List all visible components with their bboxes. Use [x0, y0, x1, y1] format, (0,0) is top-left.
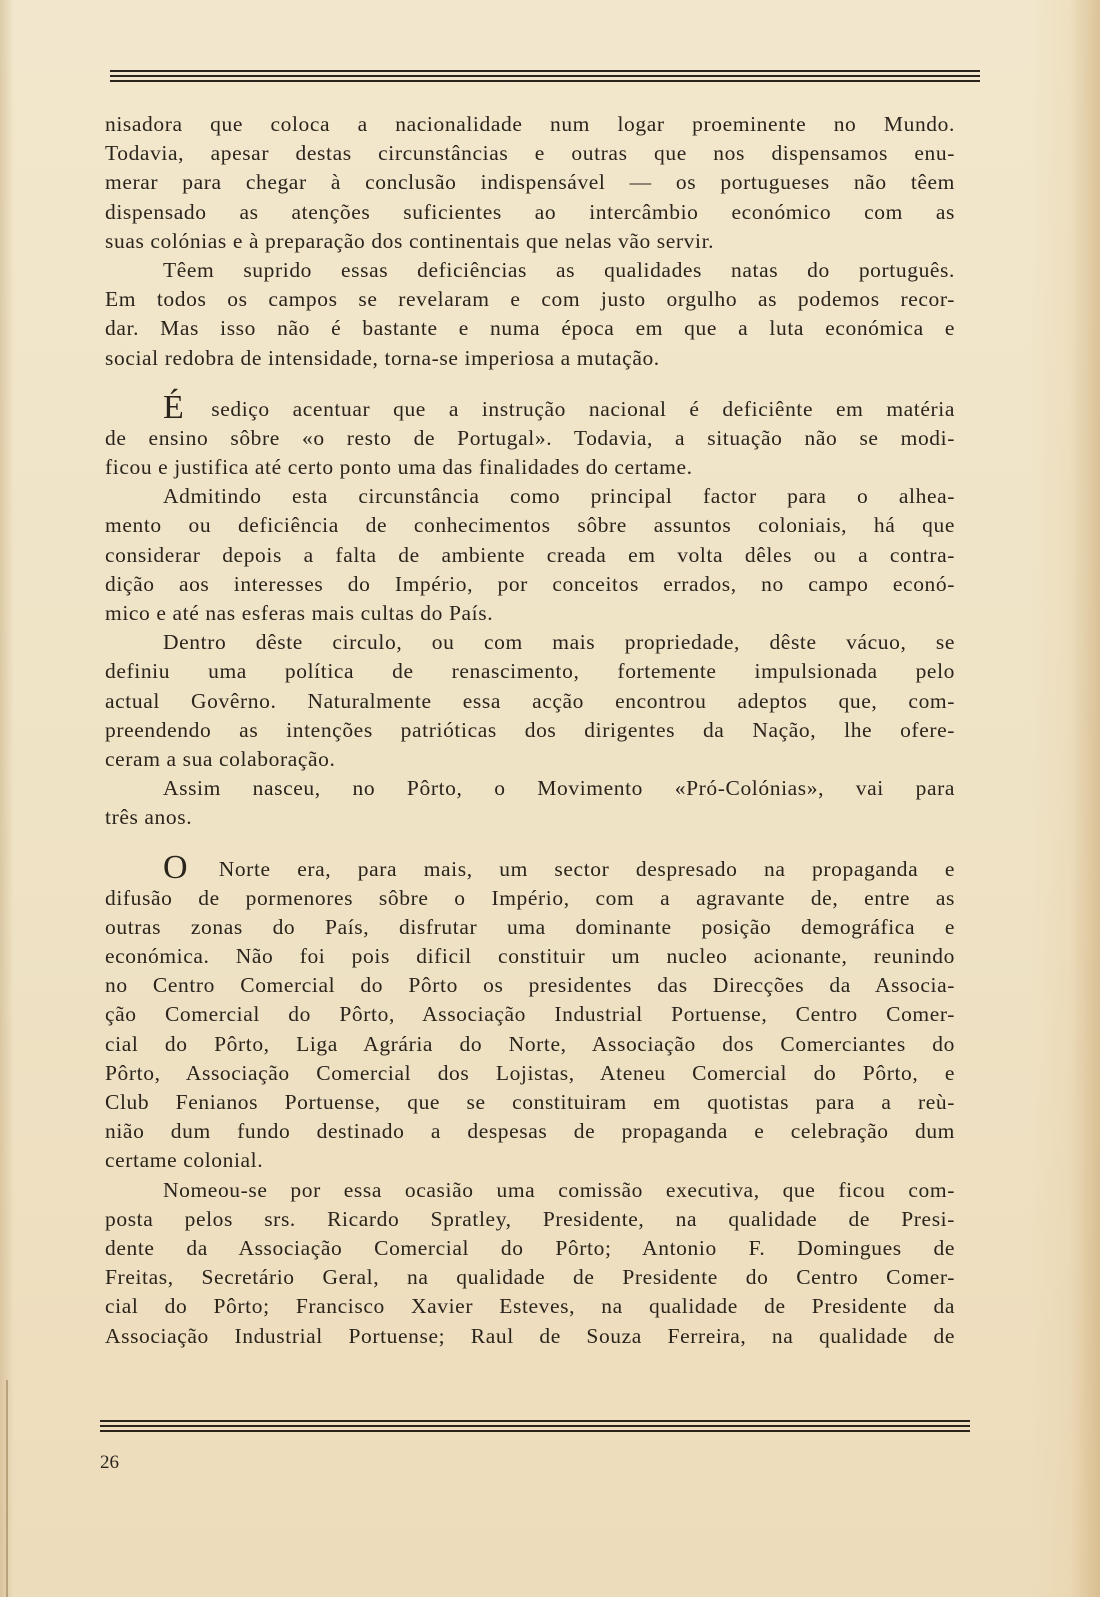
- text-line: nisadora que coloca a nacionalidade num …: [105, 110, 955, 139]
- section-gap: [105, 373, 955, 395]
- text-line: Em todos os campos se revelaram e com ju…: [105, 285, 955, 314]
- text-line: definiu uma política de renascimento, fo…: [105, 657, 955, 686]
- text-line: Club Fenianos Portuense, que se constitu…: [105, 1088, 955, 1117]
- paragraph-continues: Nomeou-se por essa ocasião uma comissão …: [105, 1176, 955, 1351]
- text-line: É sediço acentuar que a instrução nacion…: [105, 395, 955, 424]
- text-run: Norte era, para mais, um sector despresa…: [219, 857, 955, 881]
- text-line: actual Govêrno. Naturalmente essa acção …: [105, 687, 955, 716]
- text-line: ceram a sua colaboração.: [105, 745, 955, 774]
- text-line: social redobra de intensidade, torna-se …: [105, 344, 955, 373]
- text-line: Têem suprido essas deficiências as quali…: [105, 256, 955, 285]
- section-gap: [105, 833, 955, 855]
- paragraph: Dentro dêste circulo, ou com mais propri…: [105, 628, 955, 774]
- text-line: Nomeou-se por essa ocasião uma comissão …: [105, 1176, 955, 1205]
- initial-letter: O: [163, 849, 188, 886]
- text-line: cial do Pôrto; Francisco Xavier Esteves,…: [105, 1292, 955, 1321]
- text-line: dente da Associação Comercial do Pôrto; …: [105, 1234, 955, 1263]
- paragraph: Têem suprido essas deficiências as quali…: [105, 256, 955, 373]
- paragraph: Assim nasceu, no Pôrto, o Movimento «Pró…: [105, 774, 955, 832]
- paragraph: Admitindo esta circunstância como princi…: [105, 482, 955, 628]
- initial-letter: É: [163, 389, 184, 426]
- text-line: mento ou deficiência de conhecimentos sô…: [105, 511, 955, 540]
- text-line: Pôrto, Associação Comercial dos Lojistas…: [105, 1059, 955, 1088]
- text-line: Assim nasceu, no Pôrto, o Movimento «Pró…: [105, 774, 955, 803]
- text-line: no Centro Comercial do Pôrto os presiden…: [105, 971, 955, 1000]
- paragraph-section-start: É sediço acentuar que a instrução nacion…: [105, 395, 955, 483]
- text-line: Associação Industrial Portuense; Raul de…: [105, 1322, 955, 1351]
- text-line: outras zonas do País, disfrutar uma domi…: [105, 913, 955, 942]
- text-line: Dentro dêste circulo, ou com mais propri…: [105, 628, 955, 657]
- body-text: nisadora que coloca a nacionalidade num …: [105, 110, 955, 1351]
- text-line: nião dum fundo destinado a despesas de p…: [105, 1117, 955, 1146]
- text-run: sediço acentuar que a instrução nacional…: [211, 397, 955, 421]
- text-line: económica. Não foi pois dificil constitu…: [105, 942, 955, 971]
- text-line: ção Comercial do Pôrto, Associação Indus…: [105, 1000, 955, 1029]
- text-line: ficou e justifica até certo ponto uma da…: [105, 453, 955, 482]
- text-line: preendendo as intenções patrióticas dos …: [105, 716, 955, 745]
- bottom-ornamental-rule: [100, 1420, 970, 1434]
- page-edge-shadow: [6, 1380, 8, 1597]
- text-line: posta pelos srs. Ricardo Spratley, Presi…: [105, 1205, 955, 1234]
- text-line: difusão de pormenores sôbre o Império, c…: [105, 884, 955, 913]
- text-line: dispensado as atenções suficientes ao in…: [105, 198, 955, 227]
- text-line: O Norte era, para mais, um sector despre…: [105, 855, 955, 884]
- text-line: três anos.: [105, 803, 955, 832]
- text-line: dar. Mas isso não é bastante e numa époc…: [105, 314, 955, 343]
- text-line: Freitas, Secretário Geral, na qualidade …: [105, 1263, 955, 1292]
- top-ornamental-rule: [110, 70, 980, 84]
- text-line: de ensino sôbre «o resto de Portugal». T…: [105, 424, 955, 453]
- text-line: mico e até nas esferas mais cultas do Pa…: [105, 599, 955, 628]
- text-line: merar para chegar à conclusão indispensá…: [105, 168, 955, 197]
- paragraph-continued: nisadora que coloca a nacionalidade num …: [105, 110, 955, 256]
- text-line: cial do Pôrto, Liga Agrária do Norte, As…: [105, 1030, 955, 1059]
- page-number: 26: [100, 1452, 119, 1474]
- text-line: certame colonial.: [105, 1146, 955, 1175]
- paragraph-section-start: O Norte era, para mais, um sector despre…: [105, 855, 955, 1176]
- text-line: considerar depois a falta de ambiente cr…: [105, 541, 955, 570]
- text-line: suas colónias e à preparação dos contine…: [105, 227, 955, 256]
- book-page: nisadora que coloca a nacionalidade num …: [0, 0, 1100, 1597]
- text-line: dição aos interesses do Império, por con…: [105, 570, 955, 599]
- text-line: Todavia, apesar destas circunstâncias e …: [105, 139, 955, 168]
- text-line: Admitindo esta circunstância como princi…: [105, 482, 955, 511]
